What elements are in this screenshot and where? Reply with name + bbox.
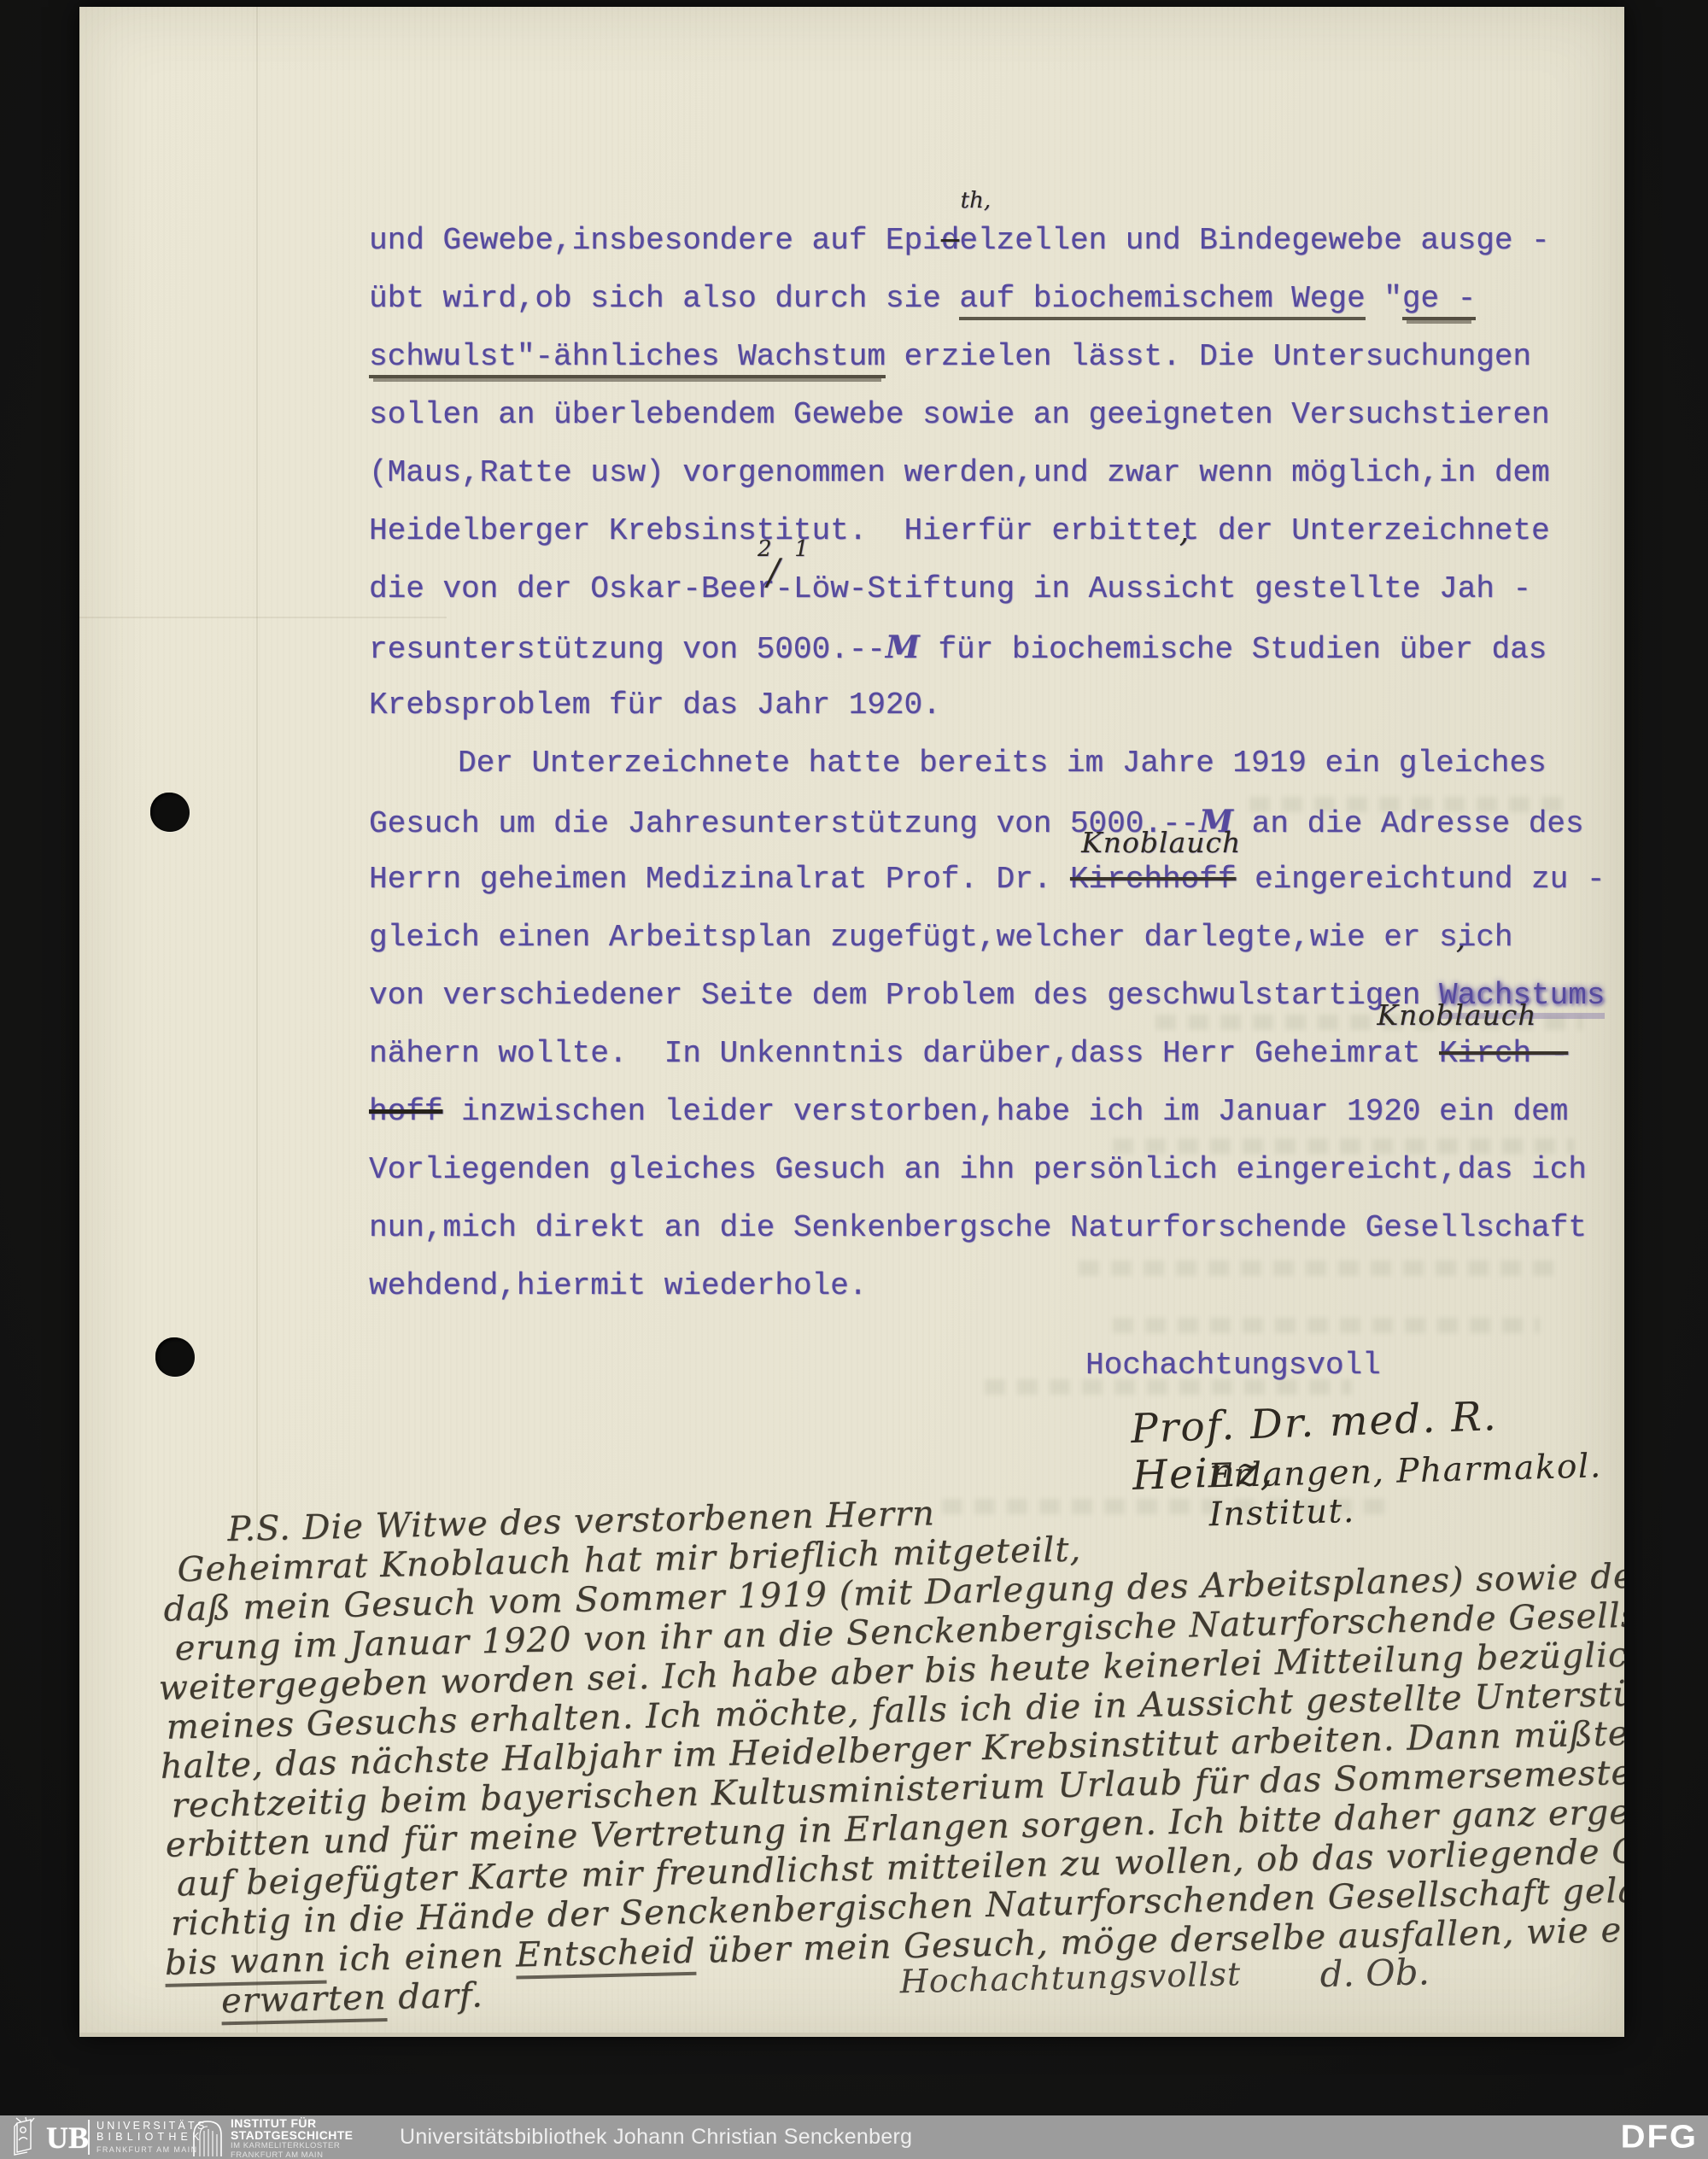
text-segment: inzwischen leider verstorben,habe ich im… [442,1094,1568,1129]
ub-line3: FRANKFURT AM MAIN [97,2144,207,2156]
typed-line: (Maus,Ratte usw) vorgenommen werden,und … [369,444,1605,502]
typed-line: hoff inzwischen leider verstorben,habe i… [369,1083,1605,1141]
text-segment: darf. [386,1975,483,2017]
text-segment: nähern wollte. In Unkenntnis darüber,das… [369,1036,1439,1071]
typed-line: nähern wollte. In Unkenntnis darüber,das… [369,1025,1605,1083]
text-segment: eingereicht [1236,862,1457,897]
text-segment: schwulst"-ähnliches Wachstum [369,339,886,378]
typed-line: sollen an überlebendem Gewebe sowie an g… [369,386,1605,444]
text-segment: d [941,223,960,258]
text-segment: Herrn geheimen Medizinalrat Prof. Dr. [369,862,1070,897]
library-footer-bar: UB UNIVERSITÄTS BIBLIOTHEK FRANKFURT AM … [0,2115,1708,2159]
text-segment: (Maus,Ratte usw) vorgenommen werden,und … [369,455,1181,490]
postscript-closing: Hochachtungsvollst [899,1955,1242,2000]
text-segment: Löw-Stiftung in Aussicht gestellte Jah - [793,571,1531,606]
text-segment: und Gewebe,insbesondere auf Epi [369,223,941,258]
text-segment: wehdend,hiermit wiederhole. [369,1268,867,1303]
handwritten-postscript: P.S. Die Witwe des verstorbenen HerrnGeh… [155,1476,1624,2032]
bleed-through-ghost [1113,1318,1540,1333]
typed-line: Herrn geheimen Medizinalrat Prof. Dr. Kn… [369,851,1605,909]
typed-line: und Gewebe,insbesondere auf Epidth,elzel… [369,212,1605,270]
typed-line: übt wird,ob sich also durch sie auf bioc… [369,270,1605,328]
typed-line: Gesuch um die Jahresunterstützung von 50… [369,793,1605,851]
letter-page: und Gewebe,insbesondere auf Epidth,elzel… [79,7,1624,2037]
isg-line4: FRANKFURT AM MAIN [231,2150,353,2159]
ub-abbr-label: UB [46,2120,89,2156]
isg-line3: IM KARMELITERKLOSTER [231,2141,353,2150]
text-segment: Vorliegenden gleiches Gesuch an ihn pers… [369,1152,1587,1187]
typed-line: die von der Oskar-Bee2r-∕1Löw-Stiftung i… [369,560,1605,618]
text-segment: wenn möglich,in dem [1181,455,1550,490]
ub-wordmark: UNIVERSITÄTS BIBLIOTHEK FRANKFURT AM MAI… [97,2121,207,2156]
text-segment: übt wird,ob sich also durch sie [369,281,959,316]
postscript-lines: P.S. Die Witwe des verstorbenen HerrnGeh… [155,1476,1624,2022]
dfg-logo: DFG [1621,2116,1698,2158]
punch-hole-top [150,793,190,832]
text-segment: hoff [369,1094,442,1129]
postscript-signature: d. Ob. [1319,1951,1430,1995]
text-segment: erzielen lässt. Die Untersuchungen [886,339,1531,374]
closing-salutation: Hochachtungsvoll [1085,1337,1381,1395]
typed-line: resunterstützung von 5000.--M für bioche… [369,618,1605,676]
typed-line: wehdend,hiermit wiederhole. [369,1257,1605,1315]
text-segment: Gesuch um die Jahresunterstützung von 50… [369,806,1199,841]
scan-viewer-background: und Gewebe,insbesondere auf Epidth,elzel… [0,0,1708,2159]
text-segment: elzellen und Bindegewebe ausge - [959,223,1549,258]
typed-line: schwulst"-ähnliches Wachstum erzielen lä… [369,328,1605,386]
text-segment: sollen an überlebendem Gewebe sowie an g… [369,397,1550,432]
text-segment: " [1366,281,1402,316]
text-segment: Der Unterzeichnete hatte bereits im Jahr… [458,746,1547,781]
text-segment: und zu - [1458,862,1606,897]
text-segment: nun,mich direkt an die Senkenbergsche Na… [369,1210,1587,1245]
typed-line: Vorliegenden gleiches Gesuch an ihn pers… [369,1141,1605,1199]
text-segment: ich einen [326,1936,517,1980]
isg-wordmark: INSTITUT FÜR STADTGESCHICHTE IM KARMELIT… [231,2118,353,2159]
text-segment: resunterstützung von 5000.-- [369,632,886,667]
text-segment: auf biochemischem Wege [959,281,1365,320]
text-segment: für biochemische Studien über das [920,632,1547,667]
text-segment: von verschiedener Seite dem Problem des … [369,978,1439,1013]
text-segment: die von der Oskar-Bee [369,571,757,606]
text-segment: an die Adresse des [1233,806,1583,841]
typed-line: Krebsproblem für das Jahr 1920. [369,676,1605,734]
typed-line: nun,mich direkt an die Senkenbergsche Na… [369,1199,1605,1257]
text-segment: Krebsproblem für das Jahr 1920. [369,687,941,723]
punch-hole-bottom [155,1337,195,1377]
text-segment: gleich einen Arbeitsplan zugefügt,welche… [369,920,1512,955]
text-segment: Heidelberger Krebsinstitut. Hierfür erbi… [369,513,1550,548]
typed-letter-body: und Gewebe,insbesondere auf Epidth,elzel… [369,212,1605,1315]
isg-line2: STADTGESCHICHTE [231,2130,353,2142]
text-segment: M [886,629,920,665]
typed-line: Der Unterzeichnete hatte bereits im Jahr… [369,734,1605,793]
typed-line: Heidelberger Krebsinstitut. Hierfür erbi… [369,502,1605,560]
text-segment: ge - [1402,281,1476,320]
typed-line: gleich einen Arbeitsplan zugefügt,welche… [369,909,1605,967]
ub-logo: UB [14,2118,89,2157]
ub-line2: BIBLIOTHEK [97,2132,207,2143]
arch-window-icon [191,2119,224,2159]
library-name-label: Universitätsbibliothek Johann Christian … [400,2115,912,2159]
footer-separator [88,2120,90,2155]
text-segment: erwarten [221,1978,388,2025]
